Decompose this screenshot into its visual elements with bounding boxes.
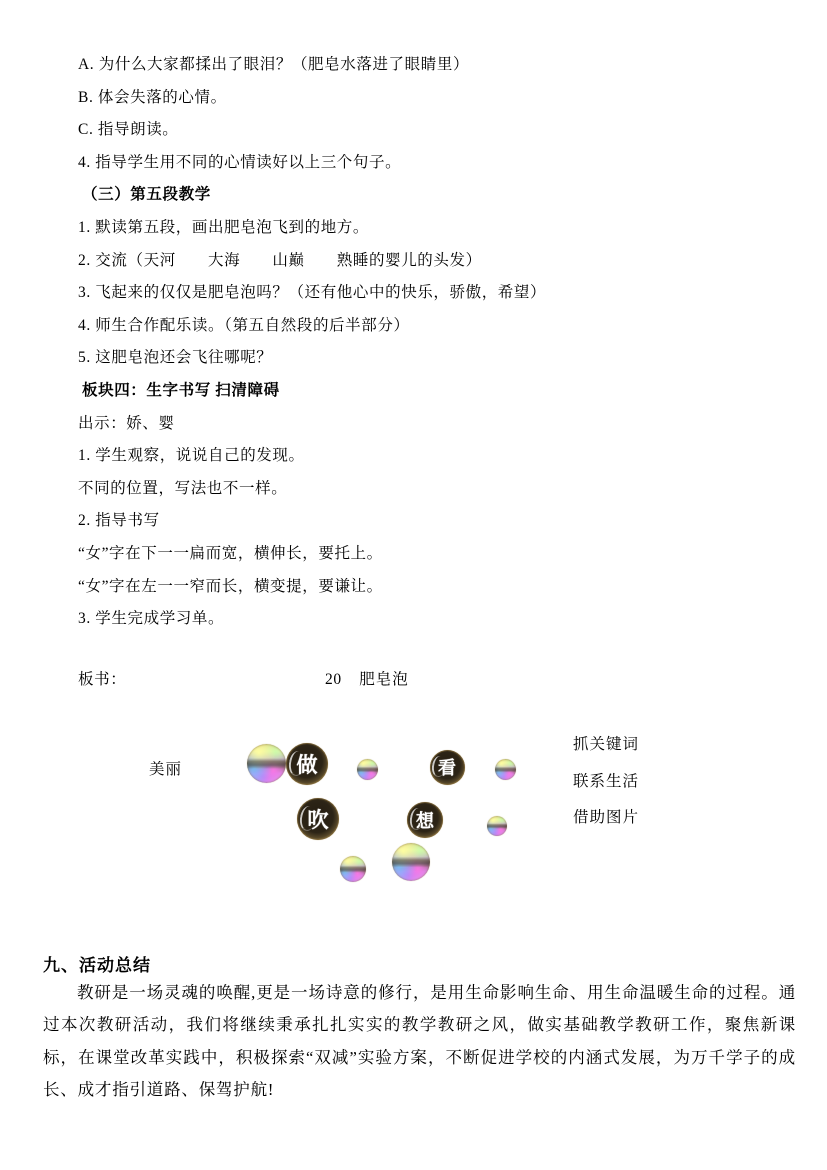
document-line: 1. 学生观察，说说自己的发现。	[0, 440, 827, 473]
document-line: A. 为什么大家都揉出了眼泪？（肥皂水落进了眼睛里）	[0, 49, 827, 82]
document-line: 板块四：生字书写 扫清障碍	[0, 375, 827, 408]
bubble-plain	[357, 759, 378, 780]
bubble-plain	[247, 744, 286, 783]
document-line: 不同的位置，写法也不一样。	[0, 473, 827, 506]
strategy-label: 抓关键词	[573, 733, 639, 757]
bubble-吹: 吹	[297, 798, 339, 840]
document-line: 2. 交流（天河 大海 山巅 熟睡的婴儿的头发）	[0, 245, 827, 278]
summary-paragraph: 教研是一场灵魂的唤醒,更是一场诗意的修行，是用生命影响生命、用生命温暖生命的过程…	[43, 977, 796, 1107]
board-title: 20 肥皂泡	[325, 663, 409, 696]
bubble-做: 做	[286, 743, 328, 785]
document-line: 3. 飞起来的仅仅是肥皂泡吗？（还有他心中的快乐，骄傲，希望）	[0, 277, 827, 310]
board-label-line: 板书： 20 肥皂泡	[0, 663, 827, 696]
document-line: 1. 默读第五段，画出肥皂泡飞到的地方。	[0, 212, 827, 245]
bubble-char-glyph: 吹	[308, 804, 329, 834]
document-page: A. 为什么大家都揉出了眼泪？（肥皂水落进了眼睛里）B. 体会失落的心情。C. …	[0, 0, 827, 1170]
board-left-label: 美丽	[149, 757, 182, 779]
document-line: B. 体会失落的心情。	[0, 82, 827, 115]
lesson-number: 20	[325, 663, 342, 696]
document-line: “女”字在下一一扁而宽，横伸长，要托上。	[0, 538, 827, 571]
bubble-plain	[487, 816, 507, 836]
document-line: 3. 学生完成学习单。	[0, 603, 827, 636]
lesson-plan-lines: A. 为什么大家都揉出了眼泪？（肥皂水落进了眼睛里）B. 体会失落的心情。C. …	[0, 49, 827, 636]
document-line: 4. 师生合作配乐读。（第五自然段的后半部分）	[0, 310, 827, 343]
document-line: 出示：娇、婴	[0, 408, 827, 441]
bubble-想: 想	[407, 802, 443, 838]
bubble-plain	[392, 843, 430, 881]
bubble-char-glyph: 看	[438, 754, 456, 780]
document-line: “女”字在左一一窄而长，横变提，要谦让。	[0, 571, 827, 604]
document-line: 5. 这肥皂泡还会飞往哪呢？	[0, 342, 827, 375]
bubble-plain	[340, 856, 366, 882]
document-line: 4. 指导学生用不同的心情读好以上三个句子。	[0, 147, 827, 180]
strategy-label: 借助图片	[573, 806, 639, 830]
bubble-char-glyph: 想	[416, 807, 434, 833]
board-label: 板书：	[78, 663, 126, 696]
summary-heading: 九、活动总结	[43, 951, 151, 976]
document-line: （三）第五段教学	[0, 179, 827, 212]
document-line: C. 指导朗读。	[0, 114, 827, 147]
bubble-看: 看	[430, 750, 465, 785]
bubble-plain	[495, 759, 516, 780]
document-line: 2. 指导书写	[0, 505, 827, 538]
bubble-char-glyph: 做	[297, 749, 318, 779]
lesson-title: 肥皂泡	[359, 663, 409, 696]
strategy-label: 联系生活	[573, 770, 639, 794]
